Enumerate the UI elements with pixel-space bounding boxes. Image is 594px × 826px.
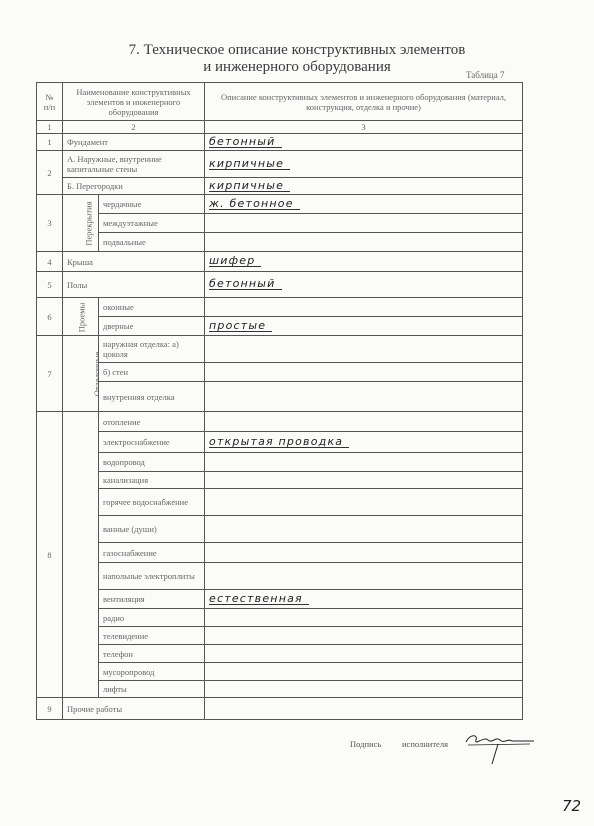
element-value-cell: кирпичные xyxy=(205,151,523,178)
table-row: газоснабжение xyxy=(37,543,523,563)
table-row: телевидение xyxy=(37,627,523,645)
table-row: подвальные xyxy=(37,233,523,252)
handwritten-value: естественная xyxy=(209,594,309,605)
element-name: отопление xyxy=(99,412,205,432)
element-name: подвальные xyxy=(99,233,205,252)
element-value-cell: бетонный xyxy=(205,134,523,151)
element-value-cell xyxy=(205,298,523,317)
element-name: вентиляция xyxy=(99,590,205,609)
signature-label: Подпись xyxy=(350,739,381,749)
table-row: 1 Фундамент бетонный xyxy=(37,134,523,151)
handwritten-value: бетонный xyxy=(209,137,282,148)
header-name: Наименование конструктивных элементов и … xyxy=(63,83,205,121)
handwritten-value: бетонный xyxy=(209,279,282,290)
element-value-cell xyxy=(205,663,523,681)
group-label-cell: Инженерное оборудование xyxy=(63,412,99,698)
element-name: телевидение xyxy=(99,627,205,645)
group-label-cell: Отделочные работы xyxy=(63,336,99,412)
handwritten-value: ж. бетонное xyxy=(209,199,300,210)
table-row: мусоропровод xyxy=(37,663,523,681)
handwritten-value: открытая проводка xyxy=(209,437,349,448)
row-number: 6 xyxy=(37,298,63,336)
table-row: электроснабжение открытая проводка xyxy=(37,432,523,453)
element-name: дверные xyxy=(99,317,205,336)
element-name: горячее водоснабжение xyxy=(99,489,205,516)
row-number: 5 xyxy=(37,272,63,298)
group-label-cell: Перекрытия xyxy=(63,195,99,252)
table-row: радио xyxy=(37,609,523,627)
row-number: 7 xyxy=(37,336,63,412)
handwritten-value: кирпичные xyxy=(209,159,290,170)
element-name: ванные (души) xyxy=(99,516,205,543)
table-row: 7 Отделочные работы наружная отделка: а)… xyxy=(37,336,523,363)
column-number: 3 xyxy=(205,121,523,134)
title-line-1: 7. Техническое описание конструктивных э… xyxy=(0,42,594,59)
element-value-cell xyxy=(205,681,523,698)
element-name: телефон xyxy=(99,645,205,663)
table-row: 9 Прочие работы xyxy=(37,698,523,720)
element-value-cell xyxy=(205,382,523,412)
element-value-cell xyxy=(205,489,523,516)
element-value-cell xyxy=(205,698,523,720)
element-value-cell xyxy=(205,233,523,252)
element-value-cell: естественная xyxy=(205,590,523,609)
element-value-cell: шифер xyxy=(205,252,523,272)
table-row: канализация xyxy=(37,472,523,489)
table-row: 2 А. Наружные, внутренние капитальные ст… xyxy=(37,151,523,178)
signature-label-executor: исполнителя xyxy=(402,739,448,749)
element-name: канализация xyxy=(99,472,205,489)
column-number: 1 xyxy=(37,121,63,134)
handwritten-value: простые xyxy=(209,321,272,332)
table-row: горячее водоснабжение xyxy=(37,489,523,516)
header-number: № п/п xyxy=(37,83,63,121)
element-value-cell: открытая проводка xyxy=(205,432,523,453)
table-row: 8 Инженерное оборудование отопление xyxy=(37,412,523,432)
element-value-cell xyxy=(205,336,523,363)
group-label: Перекрытия xyxy=(85,201,94,245)
row-number: 4 xyxy=(37,252,63,272)
element-value-cell xyxy=(205,453,523,472)
table-row: вентиляция естественная xyxy=(37,590,523,609)
element-value-cell: бетонный xyxy=(205,272,523,298)
element-value-cell xyxy=(205,412,523,432)
table-row: б) стен xyxy=(37,363,523,382)
element-name: наружная отделка: а) цоколя xyxy=(99,336,205,363)
table-row: ванные (души) xyxy=(37,516,523,543)
group-label: Отделочные работы xyxy=(93,339,99,409)
element-name: Полы xyxy=(63,272,205,298)
group-label: Проемы xyxy=(77,302,86,332)
row-number: 9 xyxy=(37,698,63,720)
row-number: 2 xyxy=(37,151,63,195)
element-value-cell xyxy=(205,627,523,645)
element-value-cell: простые xyxy=(205,317,523,336)
element-name: внутренняя отделка xyxy=(99,382,205,412)
element-name: Б. Перегородки xyxy=(63,178,205,195)
table-row: водопровод xyxy=(37,453,523,472)
construction-elements-table: № п/п Наименование конструктивных элемен… xyxy=(36,82,523,720)
table-row: напольные электроплиты xyxy=(37,563,523,590)
element-name: Фундамент xyxy=(63,134,205,151)
element-name: междуэтажные xyxy=(99,214,205,233)
page-number: 72 xyxy=(562,797,581,815)
table-row: 6 Проемы оконные xyxy=(37,298,523,317)
table-row: междуэтажные xyxy=(37,214,523,233)
table-row: 5 Полы бетонный xyxy=(37,272,523,298)
element-value-cell: кирпичные xyxy=(205,178,523,195)
column-number: 2 xyxy=(63,121,205,134)
table-row: дверные простые xyxy=(37,317,523,336)
row-number: 1 xyxy=(37,134,63,151)
element-name: б) стен xyxy=(99,363,205,382)
element-value-cell xyxy=(205,543,523,563)
element-name: Прочие работы xyxy=(63,698,205,720)
element-name: водопровод xyxy=(99,453,205,472)
element-name: А. Наружные, внутренние капитальные стен… xyxy=(63,151,205,178)
handwritten-value: шифер xyxy=(209,256,261,267)
element-name: электроснабжение xyxy=(99,432,205,453)
header-description: Описание конструктивных элементов и инже… xyxy=(205,83,523,121)
table-row: 3 Перекрытия чердачные ж. бетонное xyxy=(37,195,523,214)
element-value-cell xyxy=(205,214,523,233)
table-row: телефон xyxy=(37,645,523,663)
element-name: газоснабжение xyxy=(99,543,205,563)
element-value-cell xyxy=(205,645,523,663)
element-value-cell xyxy=(205,363,523,382)
table-row: лифты xyxy=(37,681,523,698)
element-value-cell xyxy=(205,516,523,543)
table-label: Таблица 7 xyxy=(466,70,505,80)
table-row: Б. Перегородки кирпичные xyxy=(37,178,523,195)
element-name: мусоропровод xyxy=(99,663,205,681)
group-label-cell: Проемы xyxy=(63,298,99,336)
element-value-cell xyxy=(205,609,523,627)
row-number: 3 xyxy=(37,195,63,252)
handwritten-value: кирпичные xyxy=(209,181,290,192)
element-name: напольные электроплиты xyxy=(99,563,205,590)
element-name: чердачные xyxy=(99,195,205,214)
element-value-cell xyxy=(205,563,523,590)
table-row: внутренняя отделка xyxy=(37,382,523,412)
header-row: № п/п Наименование конструктивных элемен… xyxy=(37,83,523,121)
element-value-cell: ж. бетонное xyxy=(205,195,523,214)
element-value-cell xyxy=(205,472,523,489)
row-number: 8 xyxy=(37,412,63,698)
column-numbers-row: 1 2 3 xyxy=(37,121,523,134)
signature-mark xyxy=(464,732,536,766)
element-name: лифты xyxy=(99,681,205,698)
element-name: Крыша xyxy=(63,252,205,272)
element-name: оконные xyxy=(99,298,205,317)
table-row: 4 Крыша шифер xyxy=(37,252,523,272)
element-name: радио xyxy=(99,609,205,627)
